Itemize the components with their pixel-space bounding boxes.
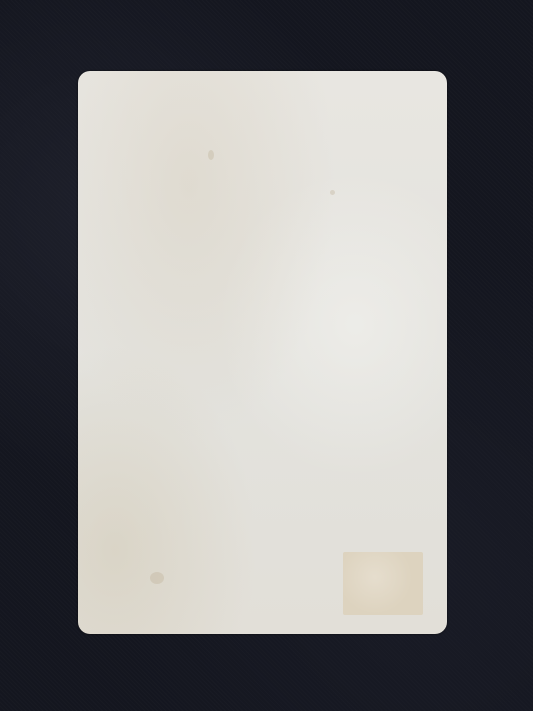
scuff-mark [208,150,214,160]
scuff-mark [150,572,164,584]
scuff-mark [330,190,335,195]
glue-stain [343,552,423,615]
blank-card [78,71,447,634]
